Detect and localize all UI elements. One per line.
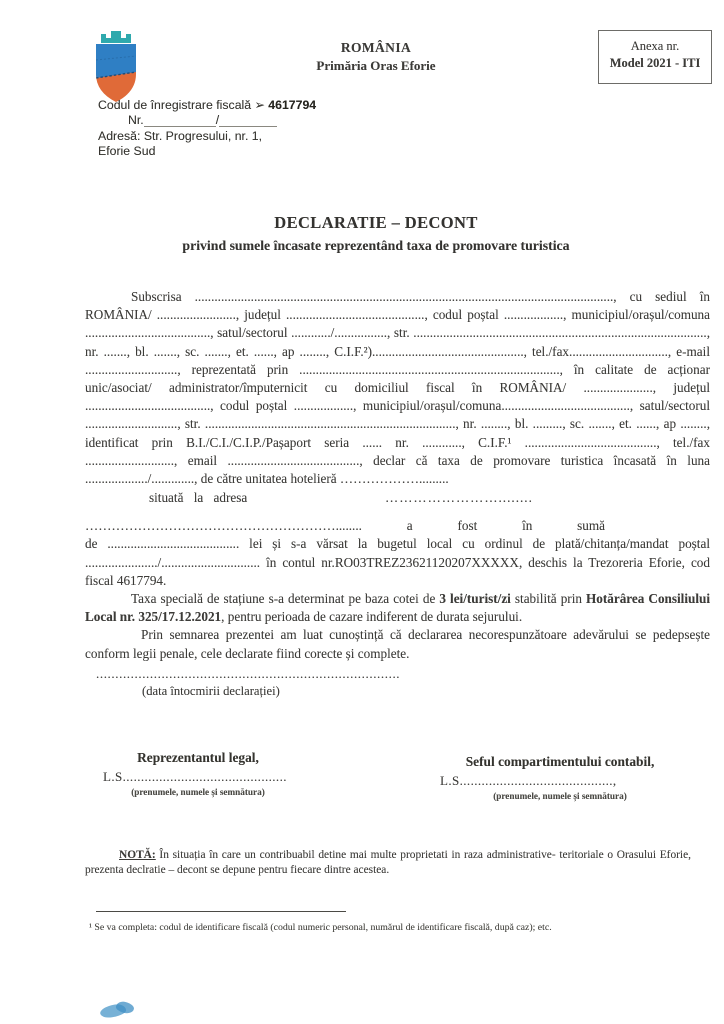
signature-right-title: Seful compartimentului contabil,	[440, 754, 680, 770]
taxa-text-pre: Taxa specială de stațiune s-a determinat…	[131, 591, 439, 606]
signature-left-ls-line: L.S.....................................…	[103, 769, 293, 785]
situata-line: situată la adresa ……………………........	[85, 489, 710, 507]
fiscal-code-label: Codul de înregistrare fiscală	[98, 98, 251, 112]
body-paragraph-penal: Prin semnarea prezentei am luat cunoștin…	[85, 626, 710, 662]
afost-word-a: a	[407, 517, 413, 535]
afost-dots: …………………………………………………........	[85, 517, 362, 535]
body-paragraph-subscrisa: Subscrisa ..............................…	[85, 288, 710, 488]
afost-word-fost: fost	[457, 517, 477, 535]
taxa-rate-bold: 3 lei/turist/zi	[439, 591, 510, 606]
signature-block-legal-representative: Reprezentantul legal, L.S...............…	[103, 750, 293, 797]
afost-word-suma: sumă	[577, 517, 605, 535]
address-line: Adresă: Str. Progresului, nr. 1,	[98, 129, 262, 143]
signature-left-title: Reprezentantul legal,	[103, 750, 293, 766]
taxa-text-post: , pentru perioada de cazare indiferent d…	[221, 609, 522, 624]
nota-paragraph: NOTĂ: În situația în care un contribuabi…	[85, 848, 691, 877]
registration-number-line: Nr./	[128, 113, 277, 127]
nota-text: În situația în care un contribuabil deti…	[85, 849, 691, 876]
fiscal-code-value: 4617794	[268, 98, 316, 112]
declaration-body: Subscrisa ..............................…	[85, 288, 710, 663]
address-city: Eforie Sud	[98, 144, 155, 158]
situata-dots: ……………………........	[385, 489, 533, 507]
scanned-declaration-page: ROMÂNIA Primăria Oras Eforie Anexa nr. M…	[0, 0, 724, 1024]
signature-right-caption: (prenumele, numele și semnătura)	[440, 791, 680, 801]
nr-label: Nr.	[128, 113, 144, 127]
footnote-separator-rule	[96, 911, 346, 912]
signature-left-caption: (prenumele, numele și semnătura)	[103, 787, 293, 797]
document-title: DECLARATIE – DECONT	[14, 213, 724, 233]
blue-ink-smudge	[100, 1002, 136, 1019]
annex-line2: Model 2021 - ITI	[599, 56, 711, 71]
document-subtitle: privind sumele încasate reprezentând tax…	[14, 238, 724, 254]
arrow-right-icon: ➢	[255, 98, 265, 112]
date-dotted-line: ........................................…	[96, 666, 400, 682]
signature-right-ls-line: L.S.....................................…	[440, 773, 680, 789]
address-label: Adresă:	[98, 129, 140, 143]
taxa-text-mid: stabilită prin	[511, 591, 586, 606]
body-paragraph-taxa: Taxa specială de stațiune s-a determinat…	[85, 590, 710, 626]
address-street: Str. Progresului, nr. 1,	[144, 129, 262, 143]
annex-box: Anexa nr. Model 2021 - ITI	[598, 30, 712, 84]
nr-blank-field-1	[144, 114, 216, 127]
nota-label: NOTĂ:	[119, 849, 156, 861]
body-paragraph-varsat: de .....................................…	[85, 535, 710, 590]
afost-word-in: în	[522, 517, 532, 535]
annex-line1: Anexa nr.	[599, 39, 711, 54]
a-fost-in-suma-line: …………………………………………………........ a fost în su…	[85, 517, 605, 535]
date-caption: (data întocmirii declarației)	[142, 684, 280, 699]
nr-blank-field-2	[219, 114, 277, 127]
situata-label: situată la adresa	[149, 489, 247, 507]
signature-block-chief-accountant: Seful compartimentului contabil, L.S....…	[440, 754, 680, 801]
footnote-text: ¹ Se va completa: codul de identificare …	[89, 922, 695, 933]
fiscal-code-line: Codul de înregistrare fiscală ➢ 4617794	[98, 98, 316, 112]
